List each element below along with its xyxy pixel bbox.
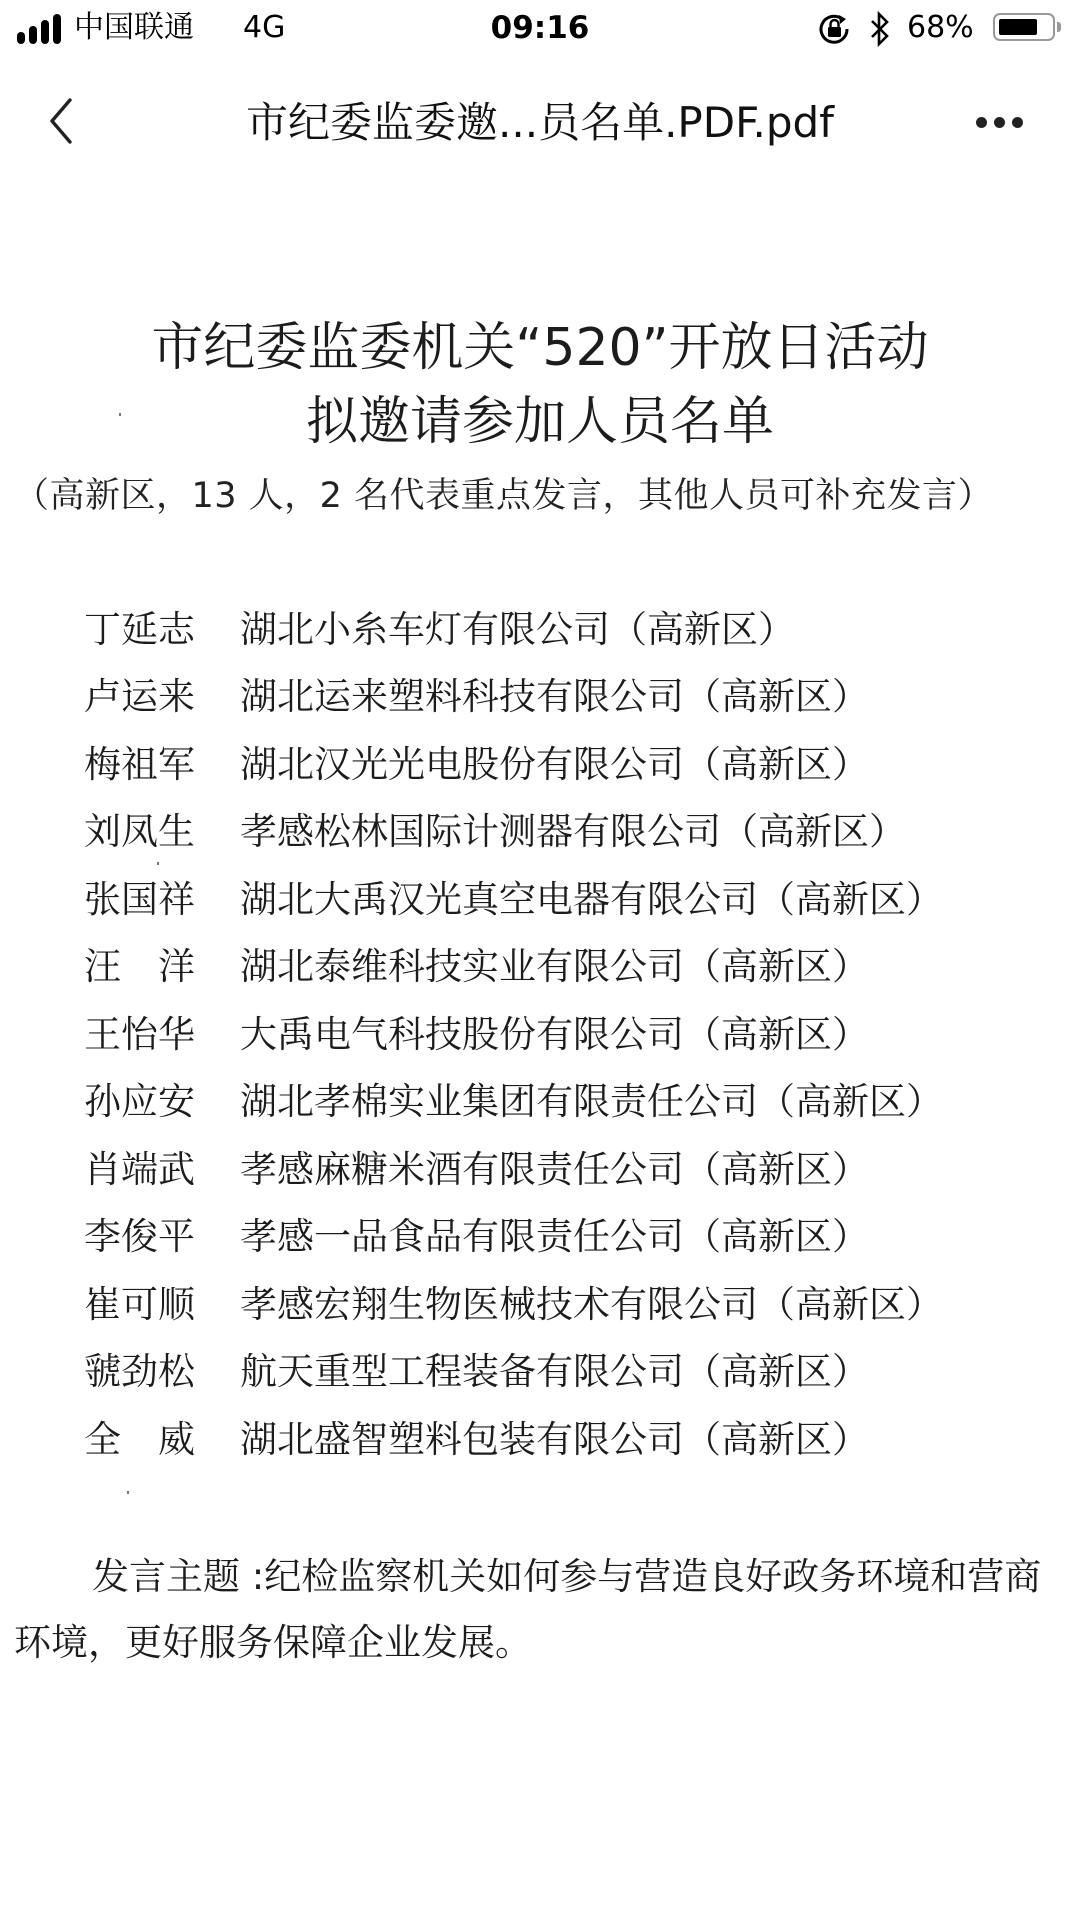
bluetooth-icon [868, 11, 892, 47]
attendee-name: 王怡华 [84, 1013, 204, 1057]
document-title-line1: 市纪委监委机关“520”开放日活动 [0, 318, 1080, 378]
document-subtitle: （高新区，13 人，2 名代表重点发言，其他人员可补充发言） [14, 474, 993, 518]
document-title-line2: 拟邀请参加人员名单 [0, 392, 1080, 452]
speech-topic-line2: 环境，更好服务保障企业发展。 [14, 1620, 532, 1666]
attendee-name: 汪 洋 [84, 945, 204, 989]
attendee-company: 湖北小糸车灯有限公司（高新区） [240, 608, 795, 652]
attendee-company: 湖北汉光光电股份有限公司（高新区） [240, 743, 869, 787]
attendee-name: 李俊平 [84, 1215, 204, 1259]
list-item: 王怡华 大禹电气科技股份有限公司（高新区） [0, 1013, 1080, 1057]
speech-topic-line1: 发言主题 :纪检监察机关如何参与营造良好政务环境和营商 [92, 1554, 1041, 1600]
attendee-name: 崔可顺 [84, 1283, 204, 1327]
attendee-company: 湖北大禹汉光真空电器有限公司（高新区） [240, 878, 943, 922]
list-item: 崔可顺 孝感宏翔生物医械技术有限公司（高新区） [0, 1283, 1080, 1327]
attendee-company: 孝感麻糖米酒有限责任公司（高新区） [240, 1148, 869, 1192]
attendee-company: 湖北泰维科技实业有限公司（高新区） [240, 945, 869, 989]
list-item: 丁延志 湖北小糸车灯有限公司（高新区） [0, 608, 1080, 652]
attendee-name: 丁延志 [84, 608, 204, 652]
status-bar: 中国联通 4G 09:16 68% [0, 0, 1080, 58]
list-item: 肖端武 孝感麻糖米酒有限责任公司（高新区） [0, 1148, 1080, 1192]
attendee-name: 全 威 [84, 1418, 204, 1462]
chevron-left-icon[interactable] [40, 92, 84, 150]
list-item: 孙应安 湖北孝棉实业集团有限责任公司（高新区） [0, 1080, 1080, 1124]
attendee-company: 湖北孝棉实业集团有限责任公司（高新区） [240, 1080, 943, 1124]
nav-bar: 市纪委监委邀...员名单.PDF.pdf [0, 80, 1080, 166]
attendee-company: 孝感松林国际计测器有限公司（高新区） [240, 810, 906, 854]
rotation-lock-icon [817, 13, 853, 45]
attendee-company: 大禹电气科技股份有限公司（高新区） [240, 1013, 869, 1057]
battery-tip [1057, 22, 1061, 32]
attendee-company: 孝感宏翔生物医械技术有限公司（高新区） [240, 1283, 943, 1327]
attendee-name: 孙应安 [84, 1080, 204, 1124]
list-item: 卢运来 湖北运来塑料科技有限公司（高新区） [0, 675, 1080, 719]
file-title: 市纪委监委邀...员名单.PDF.pdf [150, 98, 930, 148]
scan-speck [127, 1491, 129, 1494]
attendee-company: 航天重型工程装备有限公司（高新区） [240, 1350, 869, 1394]
more-dots-icon[interactable] [966, 102, 1032, 142]
scan-speck [119, 413, 121, 416]
attendee-name: 梅祖军 [84, 743, 204, 787]
list-item: 刘凤生 孝感松林国际计测器有限公司（高新区） [0, 810, 1080, 854]
attendee-company: 湖北盛智塑料包装有限公司（高新区） [240, 1418, 869, 1462]
list-item: 汪 洋 湖北泰维科技实业有限公司（高新区） [0, 945, 1080, 989]
attendee-name: 卢运来 [84, 675, 204, 719]
attendee-name: 张国祥 [84, 878, 204, 922]
list-item: 张国祥 湖北大禹汉光真空电器有限公司（高新区） [0, 878, 1080, 922]
attendee-name: 虢劲松 [84, 1350, 204, 1394]
scan-speck [157, 862, 159, 865]
battery-icon [993, 13, 1055, 41]
list-item: 虢劲松 航天重型工程装备有限公司（高新区） [0, 1350, 1080, 1394]
battery-percent: 68% [907, 8, 974, 48]
attendee-company: 孝感一品食品有限责任公司（高新区） [240, 1215, 869, 1259]
attendee-company: 湖北运来塑料科技有限公司（高新区） [240, 675, 869, 719]
list-item: 梅祖军 湖北汉光光电股份有限公司（高新区） [0, 743, 1080, 787]
attendee-name: 刘凤生 [84, 810, 204, 854]
list-item: 全 威 湖北盛智塑料包装有限公司（高新区） [0, 1418, 1080, 1462]
attendee-name: 肖端武 [84, 1148, 204, 1192]
list-item: 李俊平 孝感一品食品有限责任公司（高新区） [0, 1215, 1080, 1259]
